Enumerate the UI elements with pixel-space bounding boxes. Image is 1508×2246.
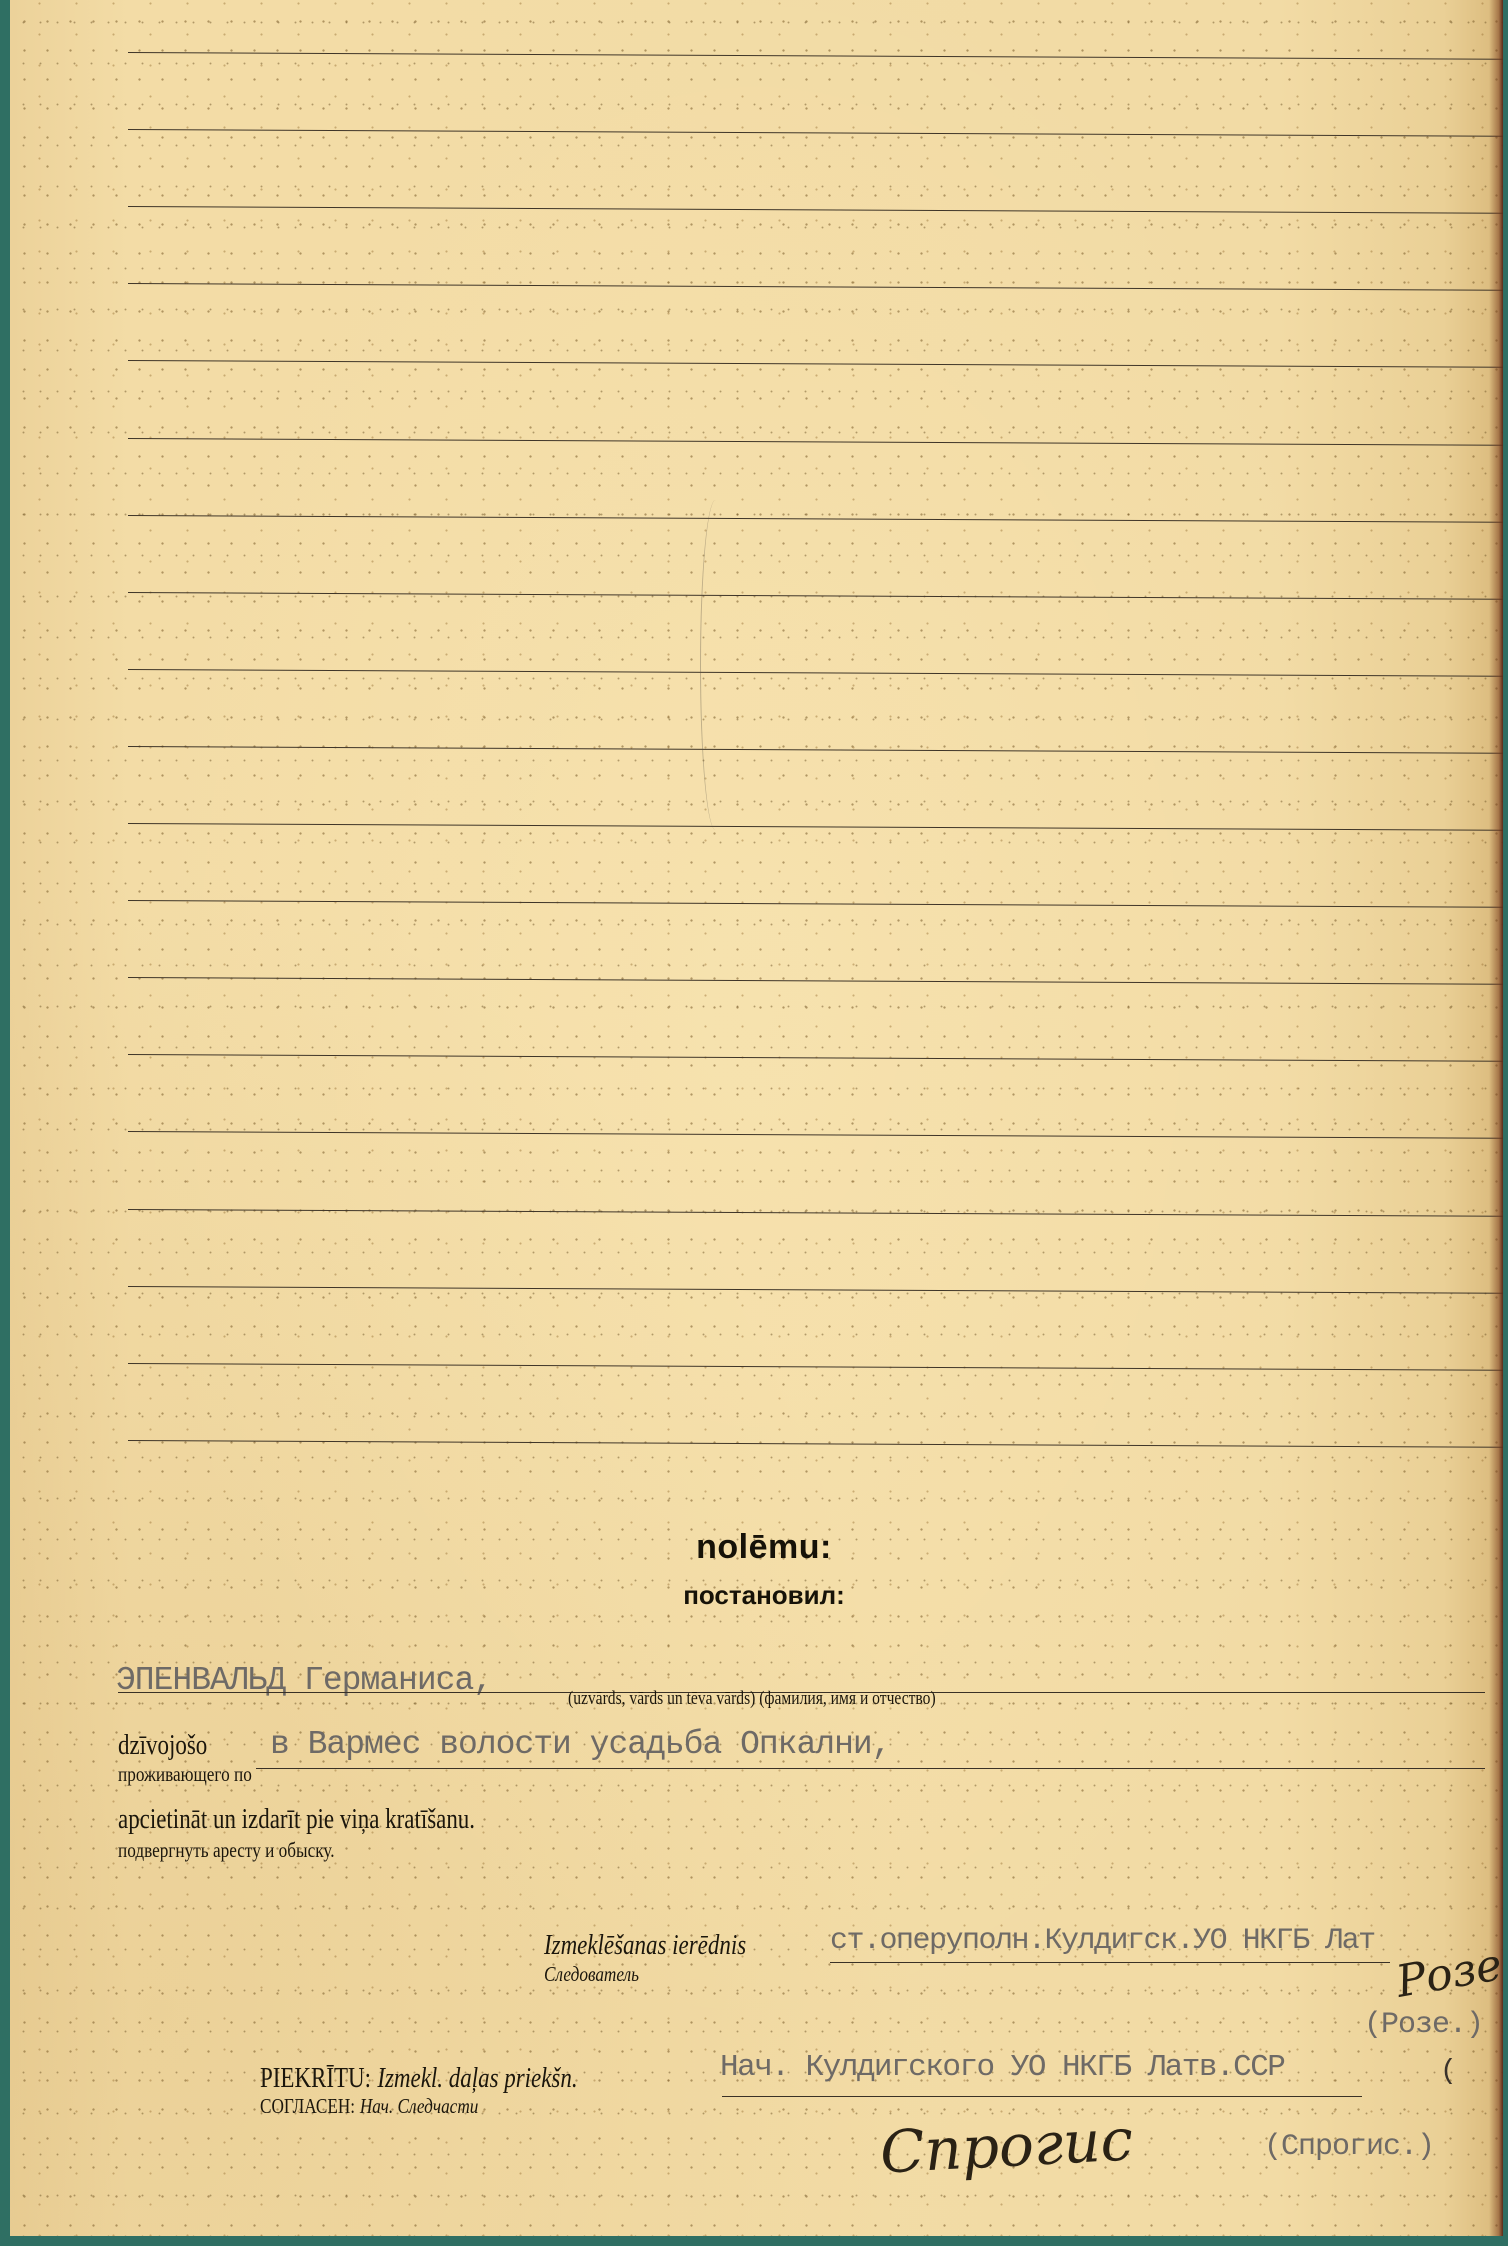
ruled-line [128,52,1503,60]
heading-russian: постановил: [10,1580,1503,1611]
ruled-line [128,1440,1503,1448]
paper-texture [10,0,1503,2236]
approval-field-line [722,2096,1362,2097]
page-edge [1489,0,1503,2236]
ruled-line [128,746,1503,754]
investigator-label-ru: Следователь [544,1962,639,1987]
subject-typed-name: ЭПЕНВАЛЬД Германиса, [116,1662,492,1699]
approval-trailing-mark: ( [1440,2056,1457,2087]
approval-label-lv: PIEKRĪTU: Izmekl. daļas priekšn. [260,2062,578,2095]
ruled-line [128,129,1503,137]
ruled-line [128,1363,1503,1371]
decision-text-ru: подвергнуть аресту и обыску. [118,1838,335,1863]
fold-mark [700,500,731,830]
investigator-signature: Розе [1392,1939,1503,2008]
approval-label-ru: СОГЛАСЕН: Нач. Следчасти [260,2094,478,2119]
investigator-typed-value: ст.оперуполн.Кулдигск.УО НКГБ Лат [830,1924,1375,1958]
investigator-label-lv: Izmeklēšanas ierēdnis [544,1930,746,1962]
ruled-line [128,515,1503,523]
ruled-line [128,360,1503,368]
investigator-typed-name: (Розе.) [1364,2008,1483,2042]
residence-typed-value: в Вармес волости усадьба Опкални, [270,1726,891,1763]
ruled-line [128,438,1503,446]
ruled-line [128,977,1503,985]
ruled-line [128,669,1503,677]
approval-role-ru: Нач. Следчасти [360,2094,479,2118]
ruled-line [128,900,1503,908]
approval-role-lv: Izmekl. daļas priekšn. [377,2063,577,2094]
ruled-line [128,283,1503,291]
heading-latvian: nolēmu: [10,1528,1503,1567]
approval-signature: Спрогис [878,2105,1134,2186]
ruled-line [128,592,1503,600]
ruled-line [128,206,1503,214]
investigator-field-line [830,1962,1390,1963]
residence-label-ru: проживающего по [118,1762,252,1787]
subject-caption: (uzvārds, vārds un tēva vārds) (фамилия,… [568,1688,936,1710]
residence-label-lv: dzīvojošo [118,1730,207,1762]
ruled-line [128,1054,1503,1062]
approval-prefix-ru: СОГЛАСЕН: [260,2094,355,2118]
approval-typed-name: (Спрогис.) [1264,2130,1434,2164]
ruled-line [128,1286,1503,1294]
approval-typed-value: Нач. Кулдигского УО НКГБ Латв.ССР [720,2050,1284,2085]
ruled-line [128,1209,1503,1217]
ruled-line [128,1131,1503,1139]
decision-text-lv: apcietināt un izdarīt pie viņa kratīšanu… [118,1804,475,1836]
residence-field-line [256,1768,1485,1769]
approval-prefix-lv: PIEKRĪTU: [260,2063,371,2094]
document-page: nolēmu: постановил: ЭПЕНВАЛЬД Германиса,… [10,0,1503,2236]
ruled-line [128,823,1503,831]
